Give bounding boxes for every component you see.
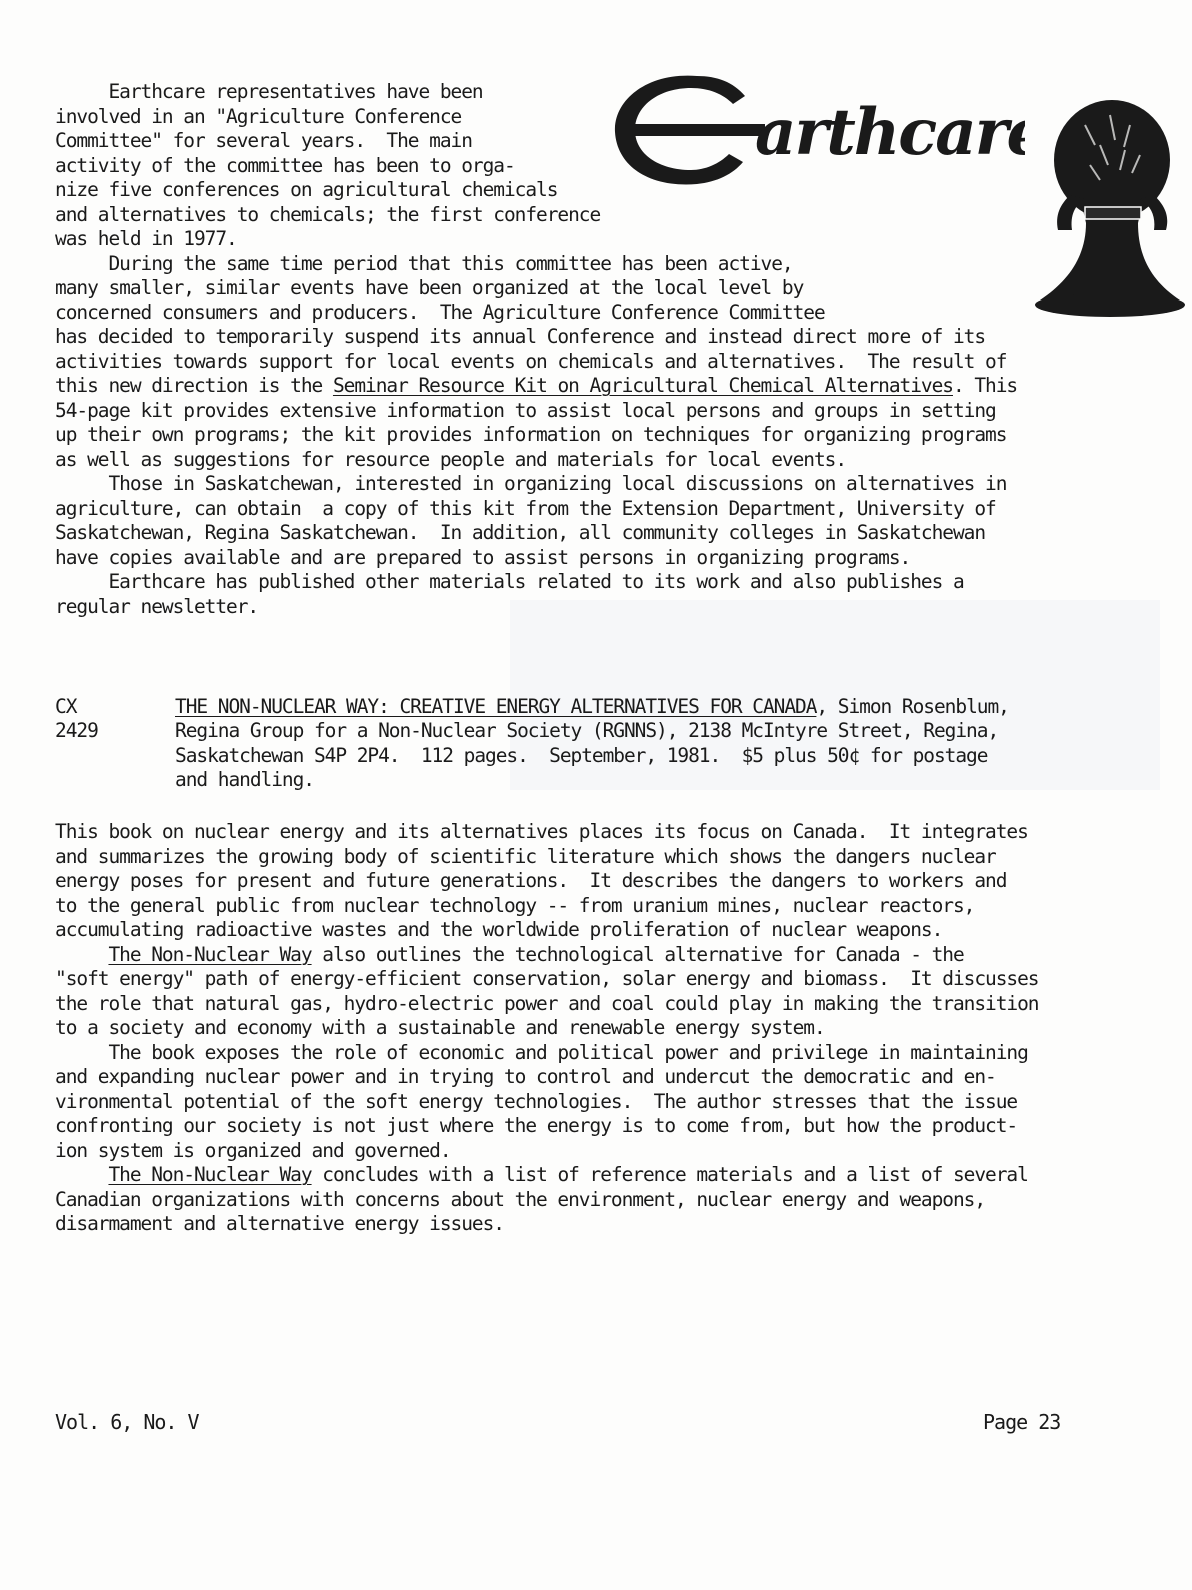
earthcare-logo: arthcare [605, 62, 1025, 192]
text-line: Earthcare has published other materials … [55, 570, 964, 594]
text-line: to a society and economy with a sustaina… [55, 1016, 825, 1040]
book-author: , Simon Rosenblum, [816, 695, 1008, 718]
text-line: Saskatchewan, Regina Saskatchewan. In ad… [55, 521, 985, 545]
text-line: concerned consumers and producers. The A… [55, 301, 825, 325]
text-line: this new direction is the Seminar Resour… [55, 374, 1017, 398]
text-line: up their own programs; the kit provides … [55, 423, 1006, 447]
text-line: to the general public from nuclear techn… [55, 894, 974, 918]
wheat-sheaf-icon [1030, 95, 1190, 320]
text-line: Canadian organizations with concerns abo… [55, 1188, 985, 1212]
text-line: Saskatchewan S4P 2P4. 112 pages. Septemb… [175, 744, 987, 768]
underlined-title: Seminar Resource Kit on Agricultural Che… [333, 374, 953, 397]
text-line: activities towards support for local eve… [55, 350, 1006, 374]
text-line: Those in Saskatchewan, interested in org… [55, 472, 1006, 496]
text-line: 54-page kit provides extensive informati… [55, 399, 996, 423]
text-line: The Non-Nuclear Way concludes with a lis… [55, 1163, 1028, 1187]
text-line: agriculture, can obtain a copy of this k… [55, 497, 996, 521]
text-line: activity of the committee has been to or… [55, 154, 515, 178]
underlined-title: The Non-Nuclear Way [108, 1163, 311, 1186]
text-line: was held in 1977. [55, 227, 237, 251]
text-line: many smaller, similar events have been o… [55, 276, 803, 300]
logo-wordmark: arthcare [755, 95, 1025, 170]
text-line: involved in an "Agriculture Conference [55, 105, 461, 129]
text-line: disarmament and alternative energy issue… [55, 1212, 504, 1236]
text-line: During the same time period that this co… [55, 252, 793, 276]
text-line: and handling. [175, 768, 314, 792]
text-line: have copies available and are prepared t… [55, 546, 910, 570]
text-line: This book on nuclear energy and its alte… [55, 820, 1028, 844]
text-line: The Non-Nuclear Way also outlines the te… [55, 943, 964, 967]
text-line: "soft energy" path of energy-efficient c… [55, 967, 1038, 991]
underlined-title: The Non-Nuclear Way [108, 943, 311, 966]
text-line: and alternatives to chemicals; the first… [55, 203, 600, 227]
text-line: nize five conferences on agricultural ch… [55, 178, 557, 202]
text-line: and summarizes the growing body of scien… [55, 845, 996, 869]
text-line: confronting our society is not just wher… [55, 1114, 1017, 1138]
book-title: THE NON-NUCLEAR WAY: CREATIVE ENERGY ALT… [175, 695, 816, 718]
text-line: and expanding nuclear power and in tryin… [55, 1065, 996, 1089]
text-line: accumulating radioactive wastes and the … [55, 918, 942, 942]
volume-number: Vol. 6, No. V [55, 1410, 199, 1434]
text-line: Earthcare representatives have been [55, 80, 483, 104]
book-title-line: THE NON-NUCLEAR WAY: CREATIVE ENERGY ALT… [175, 695, 1009, 719]
earth-e-icon [615, 76, 765, 185]
text-line: The book exposes the role of economic an… [55, 1041, 1028, 1065]
text-line: as well as suggestions for resource peop… [55, 448, 846, 472]
text-line: ion system is organized and governed. [55, 1139, 451, 1163]
catalog-code: CX [55, 695, 76, 719]
text-line: Committee" for several years. The main [55, 129, 472, 153]
text-line: has decided to temporarily suspend its a… [55, 325, 985, 349]
text-line: Regina Group for a Non-Nuclear Society (… [175, 719, 998, 743]
page-number: Page 23 [983, 1410, 1060, 1434]
text-line: regular newsletter. [55, 595, 258, 619]
catalog-number: 2429 [55, 719, 98, 743]
text-line: energy poses for present and future gene… [55, 869, 1006, 893]
text-line: the role that natural gas, hydro-electri… [55, 992, 1038, 1016]
text-line: vironmental potential of the soft energy… [55, 1090, 1017, 1114]
